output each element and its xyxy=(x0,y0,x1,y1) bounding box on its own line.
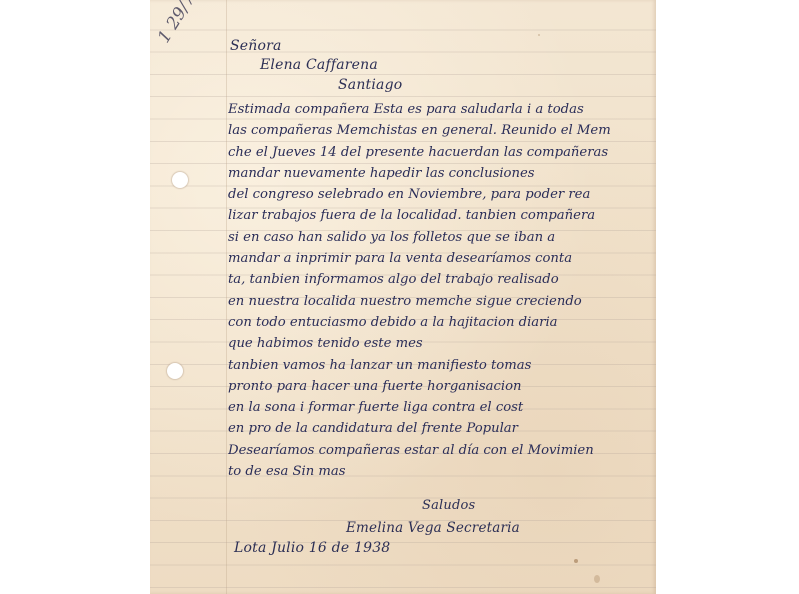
letter-body: Estimada compañera Esta es para saludarl… xyxy=(228,99,654,482)
body-line: con todo entuciasmo debido a la hajitaci… xyxy=(228,312,654,333)
margin-line xyxy=(226,0,227,594)
signature: Emelina Vega Secretaria xyxy=(346,520,520,536)
body-line: mandar nuevamente hapedir las conclusion… xyxy=(228,163,654,184)
place-and-date: Lota Julio 16 de 1938 xyxy=(234,540,390,556)
body-line: lizar trabajos fuera de la localidad. ta… xyxy=(228,205,654,226)
stain-spot xyxy=(594,575,600,583)
body-line: pronto para hacer una fuerte horganisaci… xyxy=(228,376,654,397)
addressee-name: Elena Caffarena xyxy=(260,57,378,73)
punch-hole-bottom xyxy=(167,363,183,379)
body-line: Estimada compañera Esta es para saludarl… xyxy=(228,99,654,120)
body-line: en nuestra localida nuestro memche sigue… xyxy=(228,291,654,312)
body-line: del congreso selebrado en Noviembre, par… xyxy=(228,184,654,205)
body-line: tanbien vamos ha lanzar un manifiesto to… xyxy=(228,355,654,376)
body-line: che el Jueves 14 del presente hacuerdan … xyxy=(228,142,654,163)
body-line: en la sona i formar fuerte liga contra e… xyxy=(228,397,654,418)
letter-paper: 1 29/7/38 Señora Elena Caffarena Santiag… xyxy=(150,0,656,594)
body-line: si en caso han salido ya los folletos qu… xyxy=(228,227,654,248)
addressee-city: Santiago xyxy=(338,77,402,93)
body-line: las compañeras Memchistas en general. Re… xyxy=(228,120,654,141)
body-line: ta, tanbien informamos algo del trabajo … xyxy=(228,269,654,290)
ink-spot xyxy=(574,559,578,563)
body-line: que habimos tenido este mes xyxy=(228,333,654,354)
punch-hole-top xyxy=(172,172,188,188)
body-line: Desearíamos compañeras estar al día con … xyxy=(228,440,654,461)
body-line: mandar a inprimir para la venta desearía… xyxy=(228,248,654,269)
closing-greeting: Saludos xyxy=(422,498,475,513)
salutation: Señora xyxy=(230,38,282,54)
body-line: en pro de la candidatura del frente Popu… xyxy=(228,418,654,439)
body-line: to de esa Sin mas xyxy=(228,461,654,482)
dust-spot xyxy=(538,34,540,36)
image-canvas: 1 29/7/38 Señora Elena Caffarena Santiag… xyxy=(0,0,799,594)
